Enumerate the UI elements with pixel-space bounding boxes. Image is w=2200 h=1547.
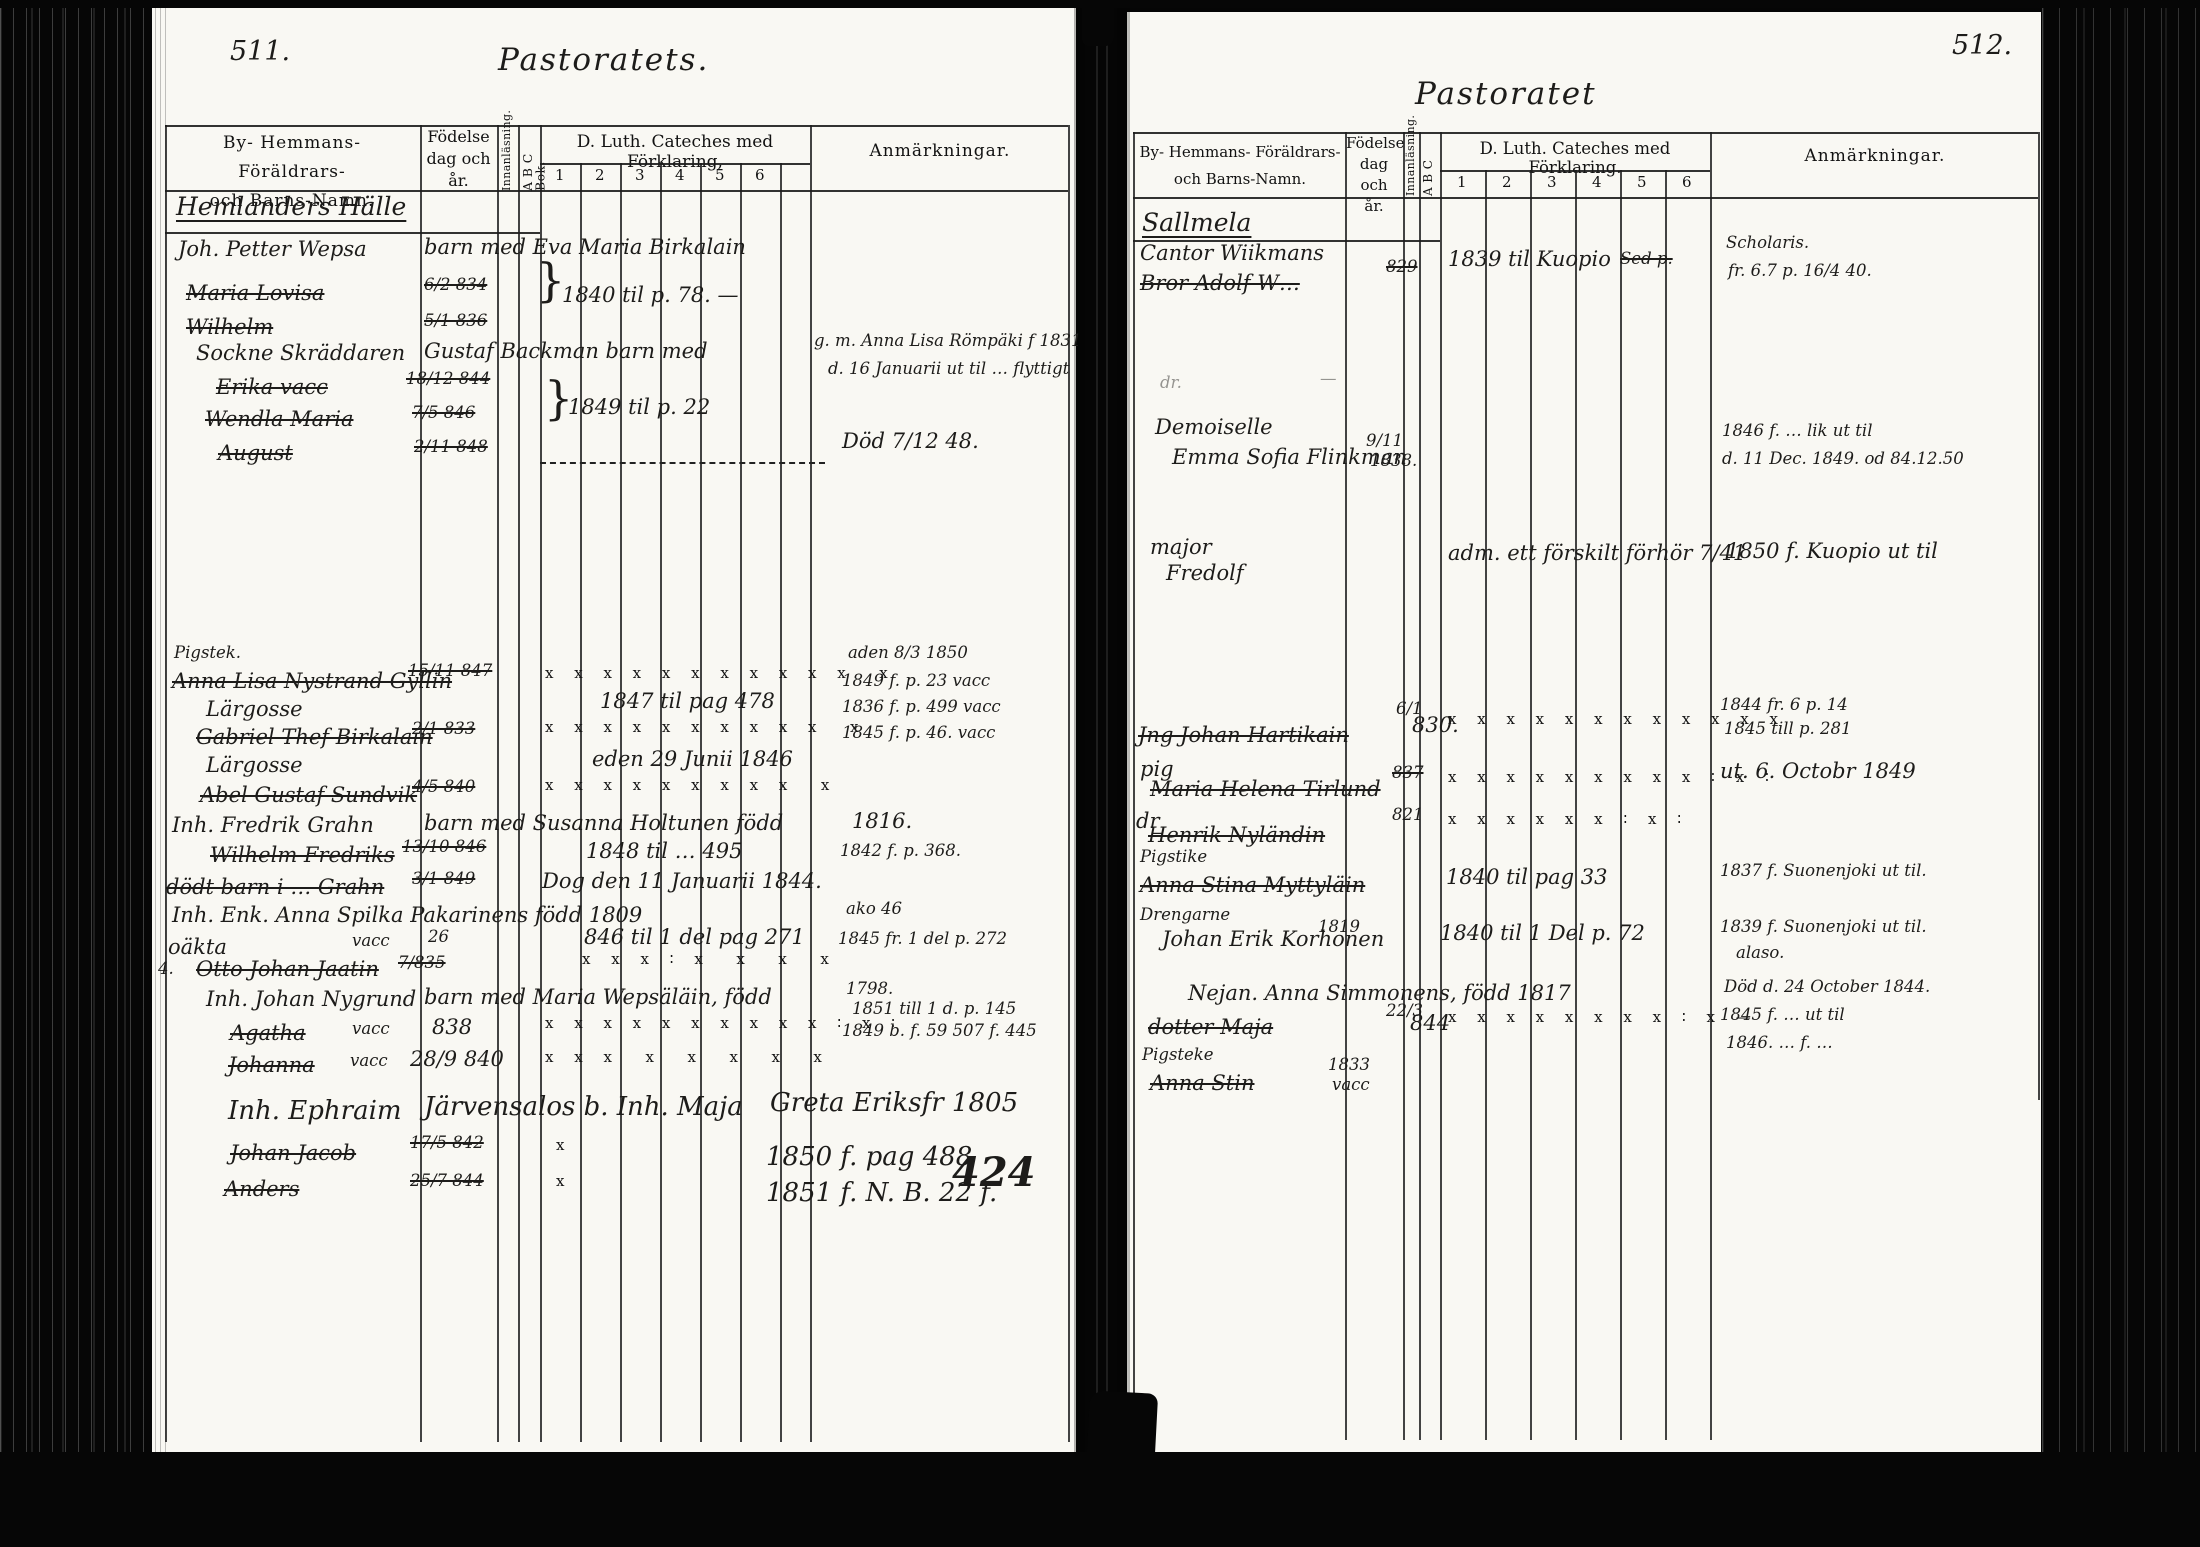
handwritten-entry: 1849 til p. 22 xyxy=(568,396,710,418)
handwritten-entry: 1838. xyxy=(1370,452,1417,469)
scanned-book-spread: By- Hemmans- Föräldrars- och Barns-Namn.… xyxy=(0,0,2200,1547)
handwritten-entry: dödt barn i … Grahn xyxy=(166,876,384,898)
handwritten-entry: 1849 f. p. 23 vacc xyxy=(842,672,990,689)
handwritten-entry: eden 29 Junii 1846 xyxy=(592,748,793,770)
table-rule-vertical xyxy=(1530,170,1532,1440)
handwritten-entry: Otto Johan Jaatin xyxy=(196,958,379,980)
handwritten-entry: Inh. Johan Nygrund xyxy=(206,988,416,1010)
margin-scribble: 424 xyxy=(952,1152,1036,1194)
handwritten-entry: 1844 fr. 6 p. 14 xyxy=(1720,696,1848,713)
book-gutter xyxy=(1074,8,1130,1454)
handwritten-entry: 844 xyxy=(1410,1012,1450,1034)
table-rule-vertical xyxy=(1665,170,1667,1440)
header-line: år. xyxy=(421,170,496,192)
handwritten-entry: 829 xyxy=(1386,258,1418,275)
column-header-birth-right: Födelse dag och år. xyxy=(1346,133,1402,217)
handwritten-entry: Bror Adolf W… xyxy=(1140,272,1300,294)
table-rule-horizontal xyxy=(165,232,540,234)
handwritten-entry: 1850 f. pag 488 xyxy=(766,1144,972,1171)
cateches-col-number: 6 xyxy=(755,166,765,184)
column-header-reading-left: Innanläsning. xyxy=(501,127,512,191)
attendance-marks: x x x x x x ∶ x ∶ xyxy=(1448,812,1689,828)
header-line: dag och xyxy=(1346,154,1402,196)
header-line: By- Hemmans- Föräldrars- xyxy=(167,129,417,187)
handwritten-entry: d. 16 Januarii ut til … flyttigt xyxy=(828,360,1069,377)
handwritten-entry: 1845 till p. 281 xyxy=(1724,720,1852,737)
village-heading: Sallmela xyxy=(1142,210,1251,236)
cateches-col-number: 2 xyxy=(595,166,605,184)
cateches-col-number: 1 xyxy=(555,166,565,184)
table-rule-vertical xyxy=(540,125,542,1442)
handwritten-entry: barn med Eva Maria Birkalain xyxy=(424,236,746,258)
handwritten-entry: 1845 f. p. 46. vacc xyxy=(842,724,995,741)
handwritten-entry: 837 xyxy=(1392,764,1424,781)
header-line: dag och xyxy=(421,148,496,170)
handwritten-entry: Anna Stina Myttyläin xyxy=(1140,874,1365,896)
handwritten-entry: 2/11 848 xyxy=(414,438,488,455)
table-rule-horizontal xyxy=(540,163,810,165)
handwritten-entry: 6/2 834 xyxy=(424,276,487,293)
handwritten-entry: August xyxy=(218,442,293,464)
table-rule-vertical xyxy=(518,125,520,1442)
handwritten-entry: Johan Jacob xyxy=(230,1142,356,1164)
handwritten-entry: Abel Gustaf Sundvik xyxy=(200,784,417,806)
handwritten-entry: Jng Johan Hartikain xyxy=(1138,724,1349,746)
handwritten-entry: vacc xyxy=(350,1052,388,1069)
handwritten-entry: 838 xyxy=(432,1016,472,1038)
handwritten-entry: Wendla Maria xyxy=(205,408,353,430)
scan-edge-bottom xyxy=(0,1452,2200,1547)
attendance-marks: x x x x x x x x ∶ x — xyxy=(1448,1010,1759,1026)
handwritten-entry: Cantor Wiikmans xyxy=(1140,242,1324,264)
handwritten-entry: 28/9 840 xyxy=(410,1048,504,1070)
handwritten-entry: 7/835 xyxy=(398,954,446,971)
handwritten-entry: 13/10 846 xyxy=(402,838,486,855)
page-number: 511. xyxy=(230,38,290,66)
handwritten-entry: 17/5 842 xyxy=(410,1134,484,1151)
handwritten-entry: vacc xyxy=(352,1020,390,1037)
handwritten-entry: 1846 f. … lik ut til xyxy=(1722,422,1872,439)
handwritten-entry: dotter Maja xyxy=(1148,1016,1273,1038)
table-rule-horizontal xyxy=(1133,132,2038,134)
attendance-marks: x xyxy=(556,1174,572,1190)
page-title-handwritten: Pastoratet xyxy=(1415,78,1597,111)
cateches-col-number: 3 xyxy=(1547,173,1557,191)
handwritten-entry: 7/5 846 xyxy=(412,404,475,421)
handwritten-entry: } xyxy=(536,256,565,304)
handwritten-entry: Inh. Fredrik Grahn xyxy=(172,814,374,836)
handwritten-entry: Greta Eriksfr 1805 xyxy=(770,1090,1018,1117)
header-line: och Barns-Namn. xyxy=(1136,166,1344,193)
handwritten-entry: Scholaris. xyxy=(1726,234,1809,251)
handwritten-entry: 1840 til 1 Del p. 72 xyxy=(1440,922,1645,944)
handwritten-entry: ako 46 xyxy=(846,900,902,917)
cateches-col-number: 6 xyxy=(1682,173,1692,191)
handwritten-entry: Fredolf xyxy=(1166,562,1244,584)
handwritten-entry: 1842 f. p. 368. xyxy=(840,842,961,859)
scan-edge-right xyxy=(2042,0,2200,1547)
table-rule-vertical xyxy=(1096,15,1098,1440)
table-rule-vertical xyxy=(1068,125,1070,1442)
handwritten-entry: Pigstike xyxy=(1140,848,1207,865)
handwritten-entry: 1850 f. Kuopio ut til xyxy=(1726,540,1938,562)
cateches-col-number: 3 xyxy=(635,166,645,184)
handwritten-entry: Agatha xyxy=(230,1022,306,1044)
handwritten-entry: Pigsteke xyxy=(1142,1046,1214,1063)
handwritten-entry: barn med Maria Wepsäläin, född xyxy=(424,986,772,1008)
handwritten-entry: Nejan. Anna Simmonens, född 1817 xyxy=(1188,982,1571,1004)
cateches-col-number: 1 xyxy=(1457,173,1467,191)
handwritten-entry: Sed p. xyxy=(1620,250,1673,267)
column-header-birth-left: Födelse dag och år. xyxy=(421,126,496,192)
handwritten-entry: 4/5 840 xyxy=(412,778,475,795)
handwritten-entry: 18/12 844 xyxy=(406,370,490,387)
table-rule-vertical xyxy=(1620,170,1622,1440)
handwritten-entry: Drengarne xyxy=(1140,906,1230,923)
table-rule-vertical xyxy=(1133,132,1135,1440)
handwritten-entry: 1847 til pag 478 xyxy=(600,690,775,712)
cateches-col-number: 2 xyxy=(1502,173,1512,191)
table-rule-vertical xyxy=(1485,170,1487,1440)
handwritten-entry: Maria Helena Tirlund xyxy=(1150,778,1381,800)
handwritten-entry: 1845 fr. 1 del p. 272 xyxy=(838,930,1007,947)
handwritten-entry: fr. 6.7 p. 16/4 40. xyxy=(1728,262,1872,279)
table-rule-horizontal xyxy=(165,125,1068,127)
handwritten-entry: 15/11 847 xyxy=(408,662,492,679)
scan-edge-left xyxy=(0,0,152,1547)
handwritten-entry: 1798. xyxy=(846,980,893,997)
handwritten-entry: Anders xyxy=(224,1178,299,1200)
handwritten-entry: 1849 b. f. 59 507 f. 445 xyxy=(842,1022,1037,1039)
handwritten-entry: Dog den 11 Januarii 1844. xyxy=(542,870,822,892)
table-rule-vertical xyxy=(1575,170,1577,1440)
handwritten-entry: adm. ett förskilt förhör 7/41 xyxy=(1448,542,1746,564)
handwritten-entry: Johanna xyxy=(228,1054,315,1076)
handwritten-entry: 26 xyxy=(428,928,449,945)
handwritten-entry: Henrik Nyländin xyxy=(1148,824,1325,846)
handwritten-entry: Joh. Petter Wepsa xyxy=(178,238,367,260)
attendance-marks: x x x x x x x x x x x xyxy=(545,720,867,736)
table-rule-vertical xyxy=(1440,132,1442,1440)
handwritten-entry: 9/11 xyxy=(1366,432,1403,449)
handwritten-entry: dr. xyxy=(1160,374,1182,391)
handwritten-entry: vacc xyxy=(1332,1076,1370,1093)
handwritten-entry: Pigstek. xyxy=(174,644,241,661)
table-rule-vertical xyxy=(165,125,167,1442)
handwritten-entry: 1837 f. Suonenjoki ut til. xyxy=(1720,862,1927,879)
handwritten-entry: 1836 f. p. 499 vacc xyxy=(842,698,1001,715)
cateches-col-number: 4 xyxy=(675,166,685,184)
table-rule-vertical xyxy=(497,125,499,1442)
village-heading: Hemlanders Hälle xyxy=(176,194,406,220)
table-rule-vertical xyxy=(1710,132,1712,1440)
handwritten-entry: 1839 til Kuopio xyxy=(1448,248,1611,270)
handwritten-entry: Maria Lovisa xyxy=(186,282,324,304)
handwritten-entry: Wilhelm xyxy=(186,316,273,338)
handwritten-entry: d. 11 Dec. 1849. od 84.12.50 xyxy=(1722,450,1964,467)
scan-edge-top xyxy=(0,0,2200,8)
column-header-reading-right: Innanläsning. xyxy=(1405,134,1416,196)
handwritten-entry: 821 xyxy=(1392,806,1424,823)
handwritten-entry: Erika vacc xyxy=(216,376,328,398)
handwritten-entry: alaso. xyxy=(1736,944,1784,961)
ditto-dash-line xyxy=(540,462,825,464)
handwritten-entry: Sockne Skräddaren xyxy=(196,342,405,364)
attendance-marks: x x x ∶ x x x x xyxy=(582,952,837,968)
attendance-marks: x xyxy=(556,1138,572,1154)
handwritten-entry: 4. xyxy=(158,960,174,977)
handwritten-entry: ut. 6. Octobr 1849 xyxy=(1720,760,1916,782)
handwritten-entry: vacc xyxy=(352,932,390,949)
attendance-marks: x x x x x x x x x x xyxy=(545,778,837,794)
handwritten-entry: Gustaf Backman barn med xyxy=(424,340,708,362)
handwritten-entry: Gabriel Thef Birkalain xyxy=(196,726,433,748)
handwritten-entry: 1816. xyxy=(852,810,912,832)
handwritten-entry: 1840 til p. 78. — xyxy=(562,284,739,306)
table-rule-vertical xyxy=(1106,15,1108,1440)
cateches-col-number: 4 xyxy=(1592,173,1602,191)
handwritten-entry: Lärgosse xyxy=(206,754,303,776)
page-title-handwritten: Pastoratets. xyxy=(498,44,709,77)
handwritten-entry: 1833 xyxy=(1328,1056,1370,1073)
header-line: Födelse xyxy=(1346,133,1402,154)
table-rule-horizontal xyxy=(1440,170,1710,172)
handwritten-entry: Anna Stin xyxy=(1150,1072,1254,1094)
handwritten-entry: Inh. Enk. Anna Spilka Pakarinens född 18… xyxy=(172,904,642,926)
handwritten-entry: Demoiselle xyxy=(1155,416,1273,438)
page-number: 512. xyxy=(1952,32,2012,60)
column-header-abc-right: A B C xyxy=(1422,134,1434,196)
handwritten-entry: Död d. 24 October 1844. xyxy=(1724,978,1930,995)
handwritten-entry: 2/1 833 xyxy=(412,720,475,737)
table-rule-vertical xyxy=(2038,132,2040,1100)
header-line: By- Hemmans- Föräldrars- xyxy=(1136,139,1344,166)
table-rule-horizontal xyxy=(1133,197,2038,199)
column-header-names-right: By- Hemmans- Föräldrars- och Barns-Namn. xyxy=(1136,139,1344,193)
handwritten-entry: Järvensalos b. Inh. Maja xyxy=(424,1094,743,1121)
handwritten-entry: oäkta xyxy=(168,936,227,958)
table-rule-vertical xyxy=(780,163,782,1442)
handwritten-entry: Död 7/12 48. xyxy=(842,430,979,452)
column-header-remarks-left: Anmärkningar. xyxy=(811,141,1069,161)
column-header-remarks-right: Anmärkningar. xyxy=(1712,146,2038,166)
header-line: år. xyxy=(1346,196,1402,217)
handwritten-entry: 1840 til pag 33 xyxy=(1446,866,1607,888)
handwritten-entry: barn med Susanna Holtunen född xyxy=(424,812,783,834)
handwritten-entry: major xyxy=(1150,536,1212,558)
handwritten-entry: 5/1 836 xyxy=(424,312,487,329)
table-rule-vertical xyxy=(1403,132,1405,1440)
handwritten-entry: 3/1 849 xyxy=(412,870,475,887)
header-line: Födelse xyxy=(421,126,496,148)
handwritten-entry: 1846. … f. … xyxy=(1726,1034,1833,1051)
handwritten-entry: aden 8/3 1850 xyxy=(848,644,968,661)
cateches-col-number: 5 xyxy=(1637,173,1647,191)
table-rule-vertical xyxy=(1419,132,1421,1440)
handwritten-entry: Wilhelm Fredriks xyxy=(210,844,395,866)
handwritten-entry: Inh. Ephraim xyxy=(228,1098,402,1125)
table-rule-vertical xyxy=(740,163,742,1442)
handwritten-entry: 1845 f. … ut til xyxy=(1720,1006,1845,1023)
attendance-marks: x x x x x x x x xyxy=(545,1050,830,1066)
handwritten-entry: 846 til 1 del pag 271 xyxy=(584,926,805,948)
handwritten-entry: g. m. Anna Lisa Römpäki f 1831 xyxy=(814,332,1082,349)
handwritten-entry: — xyxy=(1320,370,1337,387)
handwritten-entry: Lärgosse xyxy=(206,698,303,720)
cateches-col-number: 5 xyxy=(715,166,725,184)
handwritten-entry: 1848 til … 495 xyxy=(586,840,742,862)
handwritten-entry: 25/7 844 xyxy=(410,1172,484,1189)
handwritten-entry: 1819 xyxy=(1318,918,1360,935)
handwritten-entry: 1839 f. Suonenjoki ut til. xyxy=(1720,918,1927,935)
